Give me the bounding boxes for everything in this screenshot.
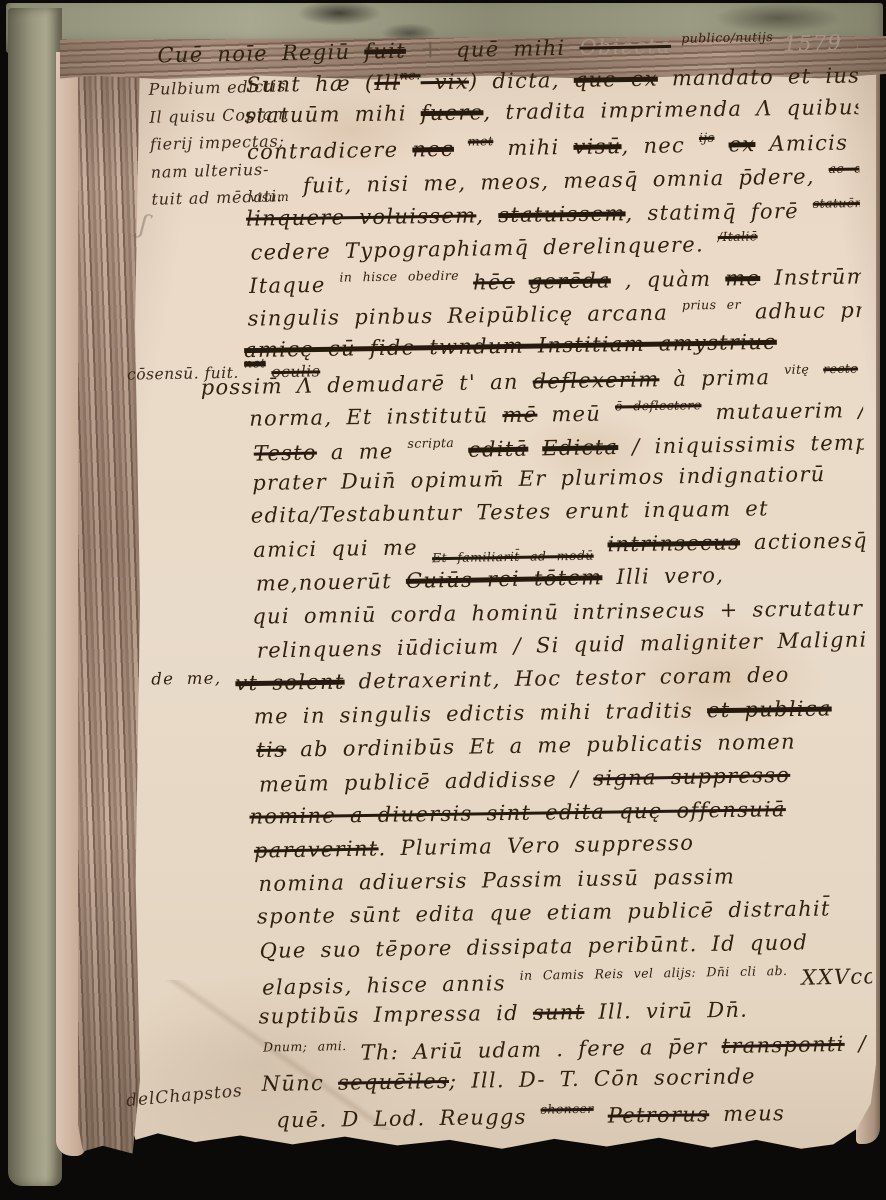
handwritten-text: , nec xyxy=(621,133,699,158)
struck-text: Dnum; ami. xyxy=(263,1038,347,1055)
handwritten-text: a me xyxy=(317,439,408,465)
handwritten-text: quē mihi xyxy=(442,36,580,63)
gutter-page-edges xyxy=(78,48,140,1158)
handwritten-text xyxy=(809,364,823,388)
handwritten-text: / iniquissimis temporibus xyxy=(618,429,875,459)
handwritten-text: de me, xyxy=(151,669,221,689)
struck-text: vix xyxy=(420,70,469,95)
struck-text: transponti xyxy=(721,1032,844,1058)
handwritten-text xyxy=(594,1103,608,1127)
struck-text: in hisce obedire xyxy=(339,267,459,284)
struck-text: met xyxy=(468,133,494,148)
handwritten-text: norma, Et institutū xyxy=(249,403,503,431)
struck-text: signa suppresso xyxy=(593,762,790,790)
handwritten-text xyxy=(515,269,529,293)
struck-text: nec xyxy=(412,137,454,162)
handwritten-text xyxy=(454,137,468,161)
struck-text: Et familiarit̄ ad modū xyxy=(432,548,594,566)
struck-text: editā xyxy=(468,436,528,461)
struck-text: ijs xyxy=(699,130,715,145)
book-cover-left-edge xyxy=(8,8,62,1186)
struck-text: linquere voluissem xyxy=(246,203,477,230)
struck-text: recte xyxy=(823,360,858,376)
handwritten-text xyxy=(459,270,473,294)
handwritten-text: Illi vero, xyxy=(602,563,724,589)
handwritten-text: suptibūs Impressa id xyxy=(258,1001,533,1029)
struck-text: gerēda xyxy=(529,268,611,293)
handwritten-text: edita/Testabuntur Testes erunt inquam et xyxy=(251,497,769,528)
struck-text: scripta xyxy=(407,435,454,451)
struck-text: paraverint xyxy=(254,837,379,863)
handwritten-text: actionesq̄ measq̄ opħ xyxy=(740,526,875,554)
handwritten-text: quē. D Lod. Reuggs xyxy=(276,1104,541,1132)
handwritten-text: Sunt hæ ( xyxy=(246,71,375,97)
struck-text: vt solent xyxy=(235,670,345,696)
handwritten-text: Instrūmētis xyxy=(760,263,875,289)
handwritten-text: Ill. virū Dn̄. xyxy=(584,998,748,1024)
handwritten-text: amici qui me xyxy=(253,535,432,562)
handwritten-text: / xyxy=(844,1031,867,1055)
handwritten-text: , xyxy=(476,203,498,227)
handwritten-text: cedere Typographiamq̄ derelinquere. xyxy=(250,232,718,265)
handwritten-text: elapsis, hisce annis xyxy=(262,971,520,1000)
struck-text: visū xyxy=(573,134,621,159)
struck-text: ex xyxy=(728,132,755,156)
struck-text: Testo xyxy=(254,440,318,465)
handwritten-text: meus xyxy=(709,1101,785,1126)
handwritten-text: , statimq̄ forē xyxy=(625,199,813,226)
handwritten-text xyxy=(528,436,542,460)
handwritten-text: à prima xyxy=(659,365,784,391)
struck-text: deflexerim xyxy=(532,367,659,393)
struck-text: et publica xyxy=(707,696,832,722)
handwritten-text: me,nouerūt xyxy=(256,569,407,596)
handwritten-text: Itaque xyxy=(249,272,340,297)
handwritten-text: singulis pinbus Reipūblicę arcana xyxy=(247,301,682,331)
struck-text: ō deflectere xyxy=(615,398,702,414)
struck-text: Petrorus xyxy=(608,1102,710,1127)
handwritten-text: Nūnc xyxy=(261,1071,338,1096)
handwritten-text: ) dicta, xyxy=(469,68,574,94)
handwritten-text: meū xyxy=(537,402,615,427)
handwritten-text xyxy=(221,672,235,696)
handwritten-text: mihi xyxy=(493,135,573,160)
struck-text: /Italiē xyxy=(718,229,758,245)
struck-text: tis xyxy=(256,738,286,762)
struck-text: hēc xyxy=(473,270,515,295)
handwritten-text: adhuc prodesse xyxy=(741,297,875,324)
struck-text: mē xyxy=(502,403,537,427)
struck-text: shencer xyxy=(540,1100,593,1116)
handwritten-text xyxy=(454,437,468,461)
struck-text: sunt xyxy=(533,1000,585,1025)
handwritten-text: mutauerim /opera xyxy=(701,397,874,424)
handwritten-text: Amicis cōsultū xyxy=(755,129,875,156)
manuscript-photo: ʃ Pulbium edictisIl quisu Copiamfierij i… xyxy=(0,0,886,1200)
struck-text: que ex xyxy=(574,67,659,92)
handwritten-text: contradicere xyxy=(247,138,413,165)
struck-text: Obiecta xyxy=(579,34,671,60)
struck-text: Ill xyxy=(374,71,400,95)
struck-text: visum xyxy=(250,189,290,205)
struck-text: intrinsecus xyxy=(607,530,740,556)
handwritten-text: , tradita imprimenda Λ quibus xyxy=(483,95,866,124)
handwritten-text xyxy=(714,133,728,157)
handwritten-text: , quàm xyxy=(611,266,726,292)
handwritten-text: Th: Ariū udam . fere a p̄er xyxy=(346,1034,721,1065)
handwritten-text: mandato et iussū xyxy=(658,63,875,91)
struck-text: fuere xyxy=(421,100,484,125)
struck-text: sequēiles xyxy=(338,1069,449,1095)
text-layer: Cuē noīe Regiū fuit + quē mihi Obiecta p… xyxy=(141,27,875,1158)
struck-text: fuit xyxy=(364,39,406,64)
handwritten-text: . Plurima Vero suppresso xyxy=(378,831,694,861)
struck-text: vitę xyxy=(784,361,809,376)
struck-text: Edicta xyxy=(542,435,618,460)
struck-text: publico/nutijs xyxy=(671,29,784,46)
handwritten-text: fuit, nisi me, meos, measq̄ omnia p̄dere… xyxy=(289,164,829,198)
handwritten-text: XXVco q̄r amicorū xyxy=(787,961,875,989)
handwritten-text: statuūm mihi xyxy=(244,101,421,127)
struck-text: ne. xyxy=(400,68,421,83)
handwritten-text: possim̄ Λ demudarē t' an xyxy=(201,369,533,399)
handwritten-text: Cuē noīe Regiū xyxy=(157,40,364,68)
handwritten-text xyxy=(406,39,420,63)
handwritten-text xyxy=(593,532,607,556)
struck-text: prius er xyxy=(682,297,741,313)
struck-text: + xyxy=(420,34,443,63)
struck-text: statuissem xyxy=(498,201,626,227)
struck-text: me xyxy=(725,266,760,291)
struck-text: Cuiūs rei tōtem xyxy=(406,566,603,594)
